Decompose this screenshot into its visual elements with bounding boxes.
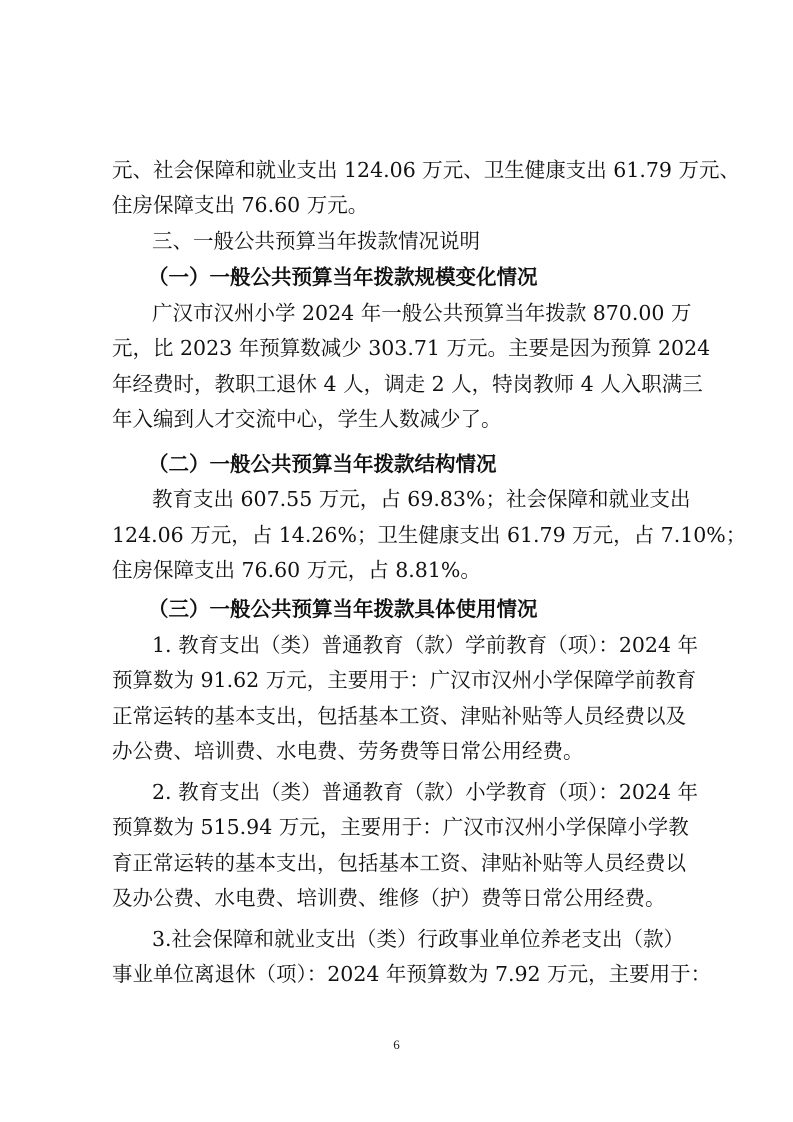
paragraph-line: 及办公费、水电费、培训费、维修（护）费等日常公用经费。 (112, 883, 684, 913)
paragraph-line: 年入编到人才交流中心，学生人数减少了。 (112, 404, 684, 434)
paragraph-line: 元，比 2023 年预算数减少 303.71 万元。主要是因为预算 2024 (112, 333, 684, 363)
paragraph-line: 住房保障支出 76.60 万元。 (112, 190, 684, 220)
page-number: 6 (0, 1037, 793, 1053)
paragraph-line: 正常运转的基本支出，包括基本工资、津贴补贴等人员经费以及 (112, 701, 684, 731)
paragraph-line: 2. 教育支出（类）普通教育（款）小学教育（项）：2024 年 (152, 777, 684, 807)
paragraph-line: 事业单位离退休（项）：2024 年预算数为 7.92 万元，主要用于： (112, 959, 684, 989)
paragraph-line: 年经费时，教职工退休 4 人，调走 2 人，特岗教师 4 人入职满三 (112, 369, 684, 399)
paragraph-line: 124.06 万元，占 14.26%；卫生健康支出 61.79 万元，占 7.1… (112, 520, 684, 550)
section-heading: 三、一般公共预算当年拨款情况说明 (152, 226, 684, 256)
paragraph-line: 预算数为 91.62 万元，主要用于：广汉市汉州小学保障学前教育 (112, 665, 684, 695)
paragraph-line: 预算数为 515.94 万元，主要用于：广汉市汉州小学保障小学教 (112, 812, 684, 842)
paragraph-line: 育正常运转的基本支出，包括基本工资、津贴补贴等人员经费以 (112, 848, 684, 878)
paragraph-line: 1. 教育支出（类）普通教育（款）学前教育（项）：2024 年 (152, 630, 684, 660)
paragraph-line: 3.社会保障和就业支出（类）行政事业单位养老支出（款） (152, 924, 684, 954)
subsection-heading: （一）一般公共预算当年拨款规模变化情况 (148, 262, 680, 292)
paragraph-line: 教育支出 607.55 万元，占 69.83%；社会保障和就业支出 (152, 484, 684, 514)
paragraph-line: 办公费、培训费、水电费、劳务费等日常公用经费。 (112, 736, 684, 766)
document-page: 元、社会保障和就业支出 124.06 万元、卫生健康支出 61.79 万元、住房… (0, 0, 793, 1122)
paragraph-line: 住房保障支出 76.60 万元，占 8.81%。 (112, 555, 684, 585)
subsection-heading: （二）一般公共预算当年拨款结构情况 (148, 449, 680, 479)
subsection-heading: （三）一般公共预算当年拨款具体使用情况 (148, 594, 680, 624)
paragraph-line: 元、社会保障和就业支出 124.06 万元、卫生健康支出 61.79 万元、 (112, 155, 684, 185)
paragraph-line: 广汉市汉州小学 2024 年一般公共预算当年拨款 870.00 万 (152, 298, 684, 328)
